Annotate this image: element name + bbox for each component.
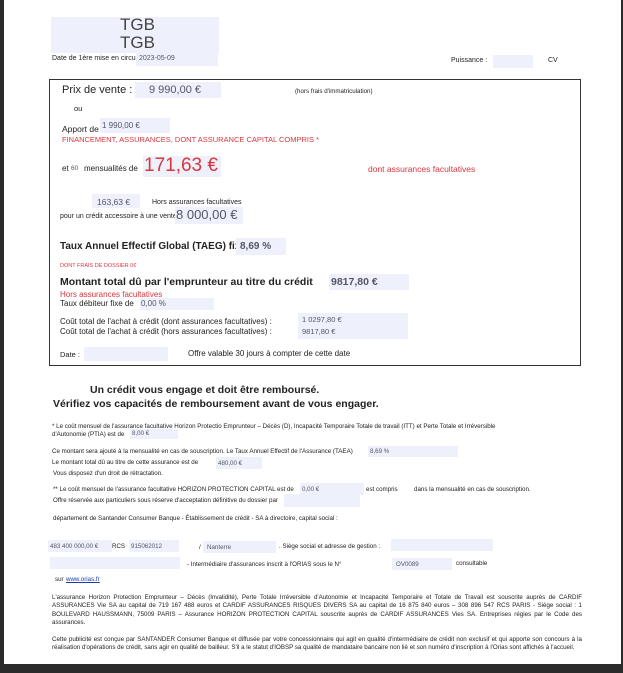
insurance-total-label: Le montant total dû au titre de cette as… bbox=[52, 459, 198, 466]
rcs-value: 915062012 bbox=[131, 543, 162, 550]
and-label: et bbox=[62, 164, 69, 173]
capital-social-value: 483 400 000,00 € bbox=[50, 543, 98, 550]
monthly-value: 171,63 € bbox=[144, 155, 218, 177]
slash: / bbox=[199, 544, 201, 551]
power-field[interactable] bbox=[493, 55, 533, 68]
hq-label: . Siège social et adresse de gestion : bbox=[279, 543, 380, 550]
or-label: ou bbox=[74, 104, 82, 113]
total-due-value: 9817,80 € bbox=[331, 276, 378, 288]
insurance-line-1: * Le coût mensuel de l'assurance faculta… bbox=[52, 423, 495, 430]
insurance-cost-value: 8,00 € bbox=[132, 430, 149, 437]
orias-link[interactable]: www.orias.fr bbox=[66, 576, 100, 583]
on-label: sur bbox=[55, 576, 64, 583]
insurance-total-value: 480,00 € bbox=[218, 460, 242, 467]
city-value: Nanterre bbox=[207, 544, 231, 551]
capital-value: 0,00 € bbox=[302, 486, 319, 493]
cost-excl-value: 9817,80 € bbox=[302, 327, 335, 336]
model-line-2: TGB bbox=[120, 34, 155, 52]
capital-label: ** Le coût mensuel de l'assurance facult… bbox=[53, 486, 294, 493]
monthly-note: dont assurances facultatives bbox=[368, 164, 475, 174]
debit-rate-label: Taux débiteur fixe de bbox=[60, 299, 134, 308]
taea-label: Ce montant sera ajouté à la mensualité e… bbox=[52, 448, 353, 455]
date-field[interactable] bbox=[84, 347, 168, 361]
department-text: département de Santander Consumer Banque… bbox=[53, 515, 338, 522]
power-label: Puissance : bbox=[451, 57, 487, 64]
total-due-label: Montant total dû par l'emprunteur au tit… bbox=[60, 276, 313, 288]
offer-reserved: Offre réservée aux particuliers sous rés… bbox=[53, 497, 278, 504]
credit-label: pour un crédit accessoire à une vente de bbox=[60, 213, 186, 220]
orias-value: OV0089 bbox=[396, 561, 419, 568]
taeg-value: 8,69 % bbox=[240, 241, 271, 252]
validity-note: Offre valable 30 jours à compter de cett… bbox=[188, 349, 350, 358]
taea-value: 8,69 % bbox=[370, 448, 389, 455]
warning-line-1: Un crédit vous engage et doit être rembo… bbox=[90, 384, 319, 396]
monthly-label: mensualités de bbox=[84, 164, 138, 173]
taeg-label: Taux Annuel Effectif Global (TAEG) fixe … bbox=[60, 241, 252, 252]
credit-value: 8 000,00 € bbox=[176, 207, 237, 222]
monthly-excl-label: Hors assurances facultatives bbox=[152, 199, 241, 206]
legal-paragraph-2: Cette publicité est conçue par SANTANDER… bbox=[52, 636, 582, 653]
insurance-line-2: d'Autonomie (PTIA) est de bbox=[52, 431, 124, 438]
orias-consult: consultable bbox=[456, 560, 487, 567]
financing-note: FINANCEMENT, ASSURANCES, DONT ASSURANCE … bbox=[62, 135, 319, 144]
offer-reserved-field[interactable] bbox=[284, 494, 360, 507]
monthly-excl-value: 163,63 € bbox=[97, 197, 130, 207]
orias-label: - Intermédiaire d'assurances inscrit à l… bbox=[187, 561, 341, 568]
hq-field[interactable] bbox=[391, 539, 493, 551]
intermediary-field[interactable] bbox=[50, 557, 180, 569]
cost-incl-label: Coût total de l'achat à crédit (dont ass… bbox=[60, 317, 272, 326]
capital-note: dans la mensualité en cas de souscriptio… bbox=[414, 486, 531, 493]
document-page: TGB TGB Date de 1ère mise en circulation… bbox=[4, 0, 621, 664]
capital-included: est compris bbox=[366, 486, 398, 493]
withdrawal-note: Vous disposez d'un droit de rétractation… bbox=[53, 470, 163, 477]
rcs-label: RCS bbox=[112, 543, 125, 550]
price-note: (hors frais d'immatriculation) bbox=[295, 88, 373, 95]
power-unit: CV bbox=[548, 57, 558, 64]
price-label: Prix de vente : bbox=[62, 84, 132, 96]
fees-note: DONT FRAIS DE DOSSIER 0€ bbox=[60, 263, 136, 269]
warning-line-2: Vérifiez vos capacités de remboursement … bbox=[53, 398, 379, 410]
price-value: 9 990,00 € bbox=[149, 84, 201, 96]
legal-paragraph-1: L'assurance Horizon Protection Emprunteu… bbox=[52, 594, 582, 627]
model-line-1: TGB bbox=[120, 16, 155, 34]
deposit-value: 1 990,00 € bbox=[102, 121, 140, 130]
debit-rate-value: 0,00 % bbox=[141, 299, 166, 308]
first-circulation-value: 2023-05-09 bbox=[139, 55, 175, 62]
cost-excl-label: Coût total de l'achat à crédit (hors ass… bbox=[60, 327, 272, 336]
cost-incl-value: 1 0297,80 € bbox=[302, 315, 342, 324]
date-label: Date : bbox=[60, 350, 80, 359]
deposit-label: Apport de bbox=[62, 124, 99, 134]
months-count: 60 bbox=[71, 165, 78, 172]
